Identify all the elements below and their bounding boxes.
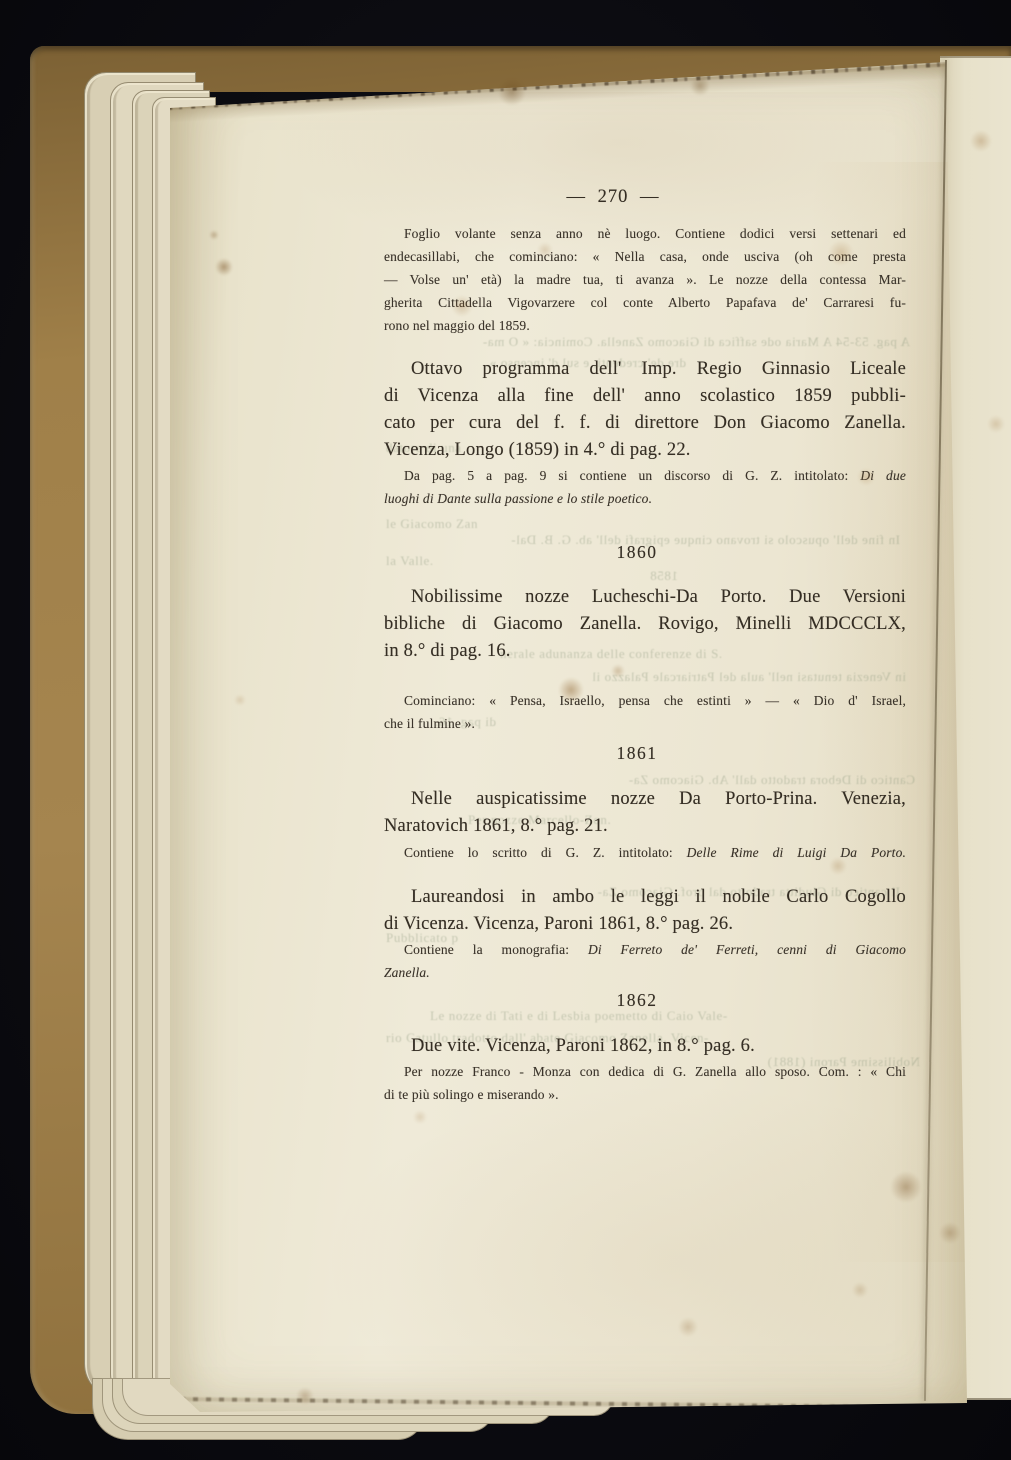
entry-ottavo-programma: Ottavo programma dell' Imp. Regio Ginnas… [384, 356, 906, 464]
text-line: Contiene la monografia: Di Ferreto de' F… [384, 938, 906, 961]
text-line: Naratovich 1861, 8.° pag. 21. [384, 813, 906, 840]
text-line: Ottavo programma dell' Imp. Regio Ginnas… [384, 356, 906, 383]
year-heading-1861: 1861 [376, 741, 898, 765]
entry-nozze-lucheschi-note: Cominciano: « Pensa, Israello, pensa che… [384, 689, 906, 735]
entry-daporto-prina: Nelle auspicatissime nozze Da Porto-Prin… [384, 786, 906, 840]
entry-ottavo-programma-note: Da pag. 5 a pag. 9 si contiene un discor… [384, 464, 906, 510]
text-line: in 8.° di pag. 16. [384, 638, 906, 665]
text-line: di Vicenza. Vicenza, Paroni 1861, 8.° pa… [384, 911, 906, 938]
text-line: Foglio volante senza anno nè luogo. Cont… [384, 222, 906, 245]
text-line: Contiene lo scritto di G. Z. intitolato:… [384, 841, 906, 864]
text-line: — Volse un' età) la madre tua, ti avanza… [384, 268, 906, 291]
text-line: di te più solingo e miserando ». [384, 1083, 906, 1106]
entry-due-vite: Due vite. Vicenza, Paroni 1862, in 8.° p… [384, 1033, 906, 1060]
text-segment: Contiene lo scritto di G. Z. intitolato: [404, 845, 687, 860]
text-line: Vicenza, Longo (1859) in 4.° di pag. 22. [384, 437, 906, 464]
text-line: bibliche di Giacomo Zanella. Rovigo, Min… [384, 611, 906, 638]
text-line: Per nozze Franco - Monza con dedica di G… [384, 1060, 906, 1083]
year-text: 1862 [376, 988, 898, 1012]
text-line: Nelle auspicatissime nozze Da Porto-Prin… [384, 786, 906, 813]
entry-cogollo: Laureandosi in ambo le leggi il nobile C… [384, 884, 906, 938]
text-line: endecasillabi, che cominciano: « Nella c… [384, 245, 906, 268]
text-line: Laureandosi in ambo le leggi il nobile C… [384, 884, 906, 911]
text-line: rono nel maggio del 1859. [384, 314, 906, 337]
entry-daporto-prina-note: Contiene lo scritto di G. Z. intitolato:… [384, 841, 906, 864]
text-segment: Da pag. 5 a pag. 9 si contiene un discor… [404, 468, 860, 483]
text-line: luoghi di Dante sulla passione e lo stil… [384, 487, 906, 510]
text-line: Da pag. 5 a pag. 9 si contiene un discor… [384, 464, 906, 487]
text-line: Due vite. Vicenza, Paroni 1862, in 8.° p… [384, 1033, 906, 1060]
text-line: Cominciano: « Pensa, Israello, pensa che… [384, 689, 906, 712]
text-line: di Vicenza alla fine dell' anno scolasti… [384, 383, 906, 410]
page-text-column: — 270 — Foglio volante senza anno nè luo… [384, 0, 906, 1460]
entry-due-vite-note: Per nozze Franco - Monza con dedica di G… [384, 1060, 906, 1106]
year-text: 1861 [376, 741, 898, 765]
entry-foglio-volante-note: Foglio volante senza anno nè luogo. Cont… [384, 222, 906, 337]
text-line: gherita Cittadella Vigovarzere col conte… [384, 291, 906, 314]
text-segment-italic: Delle Rime di Luigi Da Porto. [687, 845, 906, 860]
year-heading-1860: 1860 [376, 540, 898, 564]
text-segment: Contiene la monografia: [404, 942, 588, 957]
text-line: cato per cura del f. f. di direttore Don… [384, 410, 906, 437]
text-segment-italic: Di Ferreto de' Ferreti, cenni di Giacomo [588, 942, 906, 957]
page-number: — 270 — [352, 184, 874, 210]
entry-nozze-lucheschi: Nobilissime nozze Lucheschi-Da Porto. Du… [384, 584, 906, 665]
year-heading-1862: 1862 [376, 988, 898, 1012]
entry-cogollo-note: Contiene la monografia: Di Ferreto de' F… [384, 938, 906, 984]
text-line: Zanella. [384, 961, 906, 984]
year-text: 1860 [376, 540, 898, 564]
photo-of-open-book: A pag. 53-54 A Maria ode saffica di Giac… [0, 0, 1011, 1460]
text-segment-italic: Di due [860, 468, 906, 483]
text-line: Nobilissime nozze Lucheschi-Da Porto. Du… [384, 584, 906, 611]
text-line: che il fulmine ». [384, 712, 906, 735]
page-number-text: — 270 — [352, 184, 874, 210]
